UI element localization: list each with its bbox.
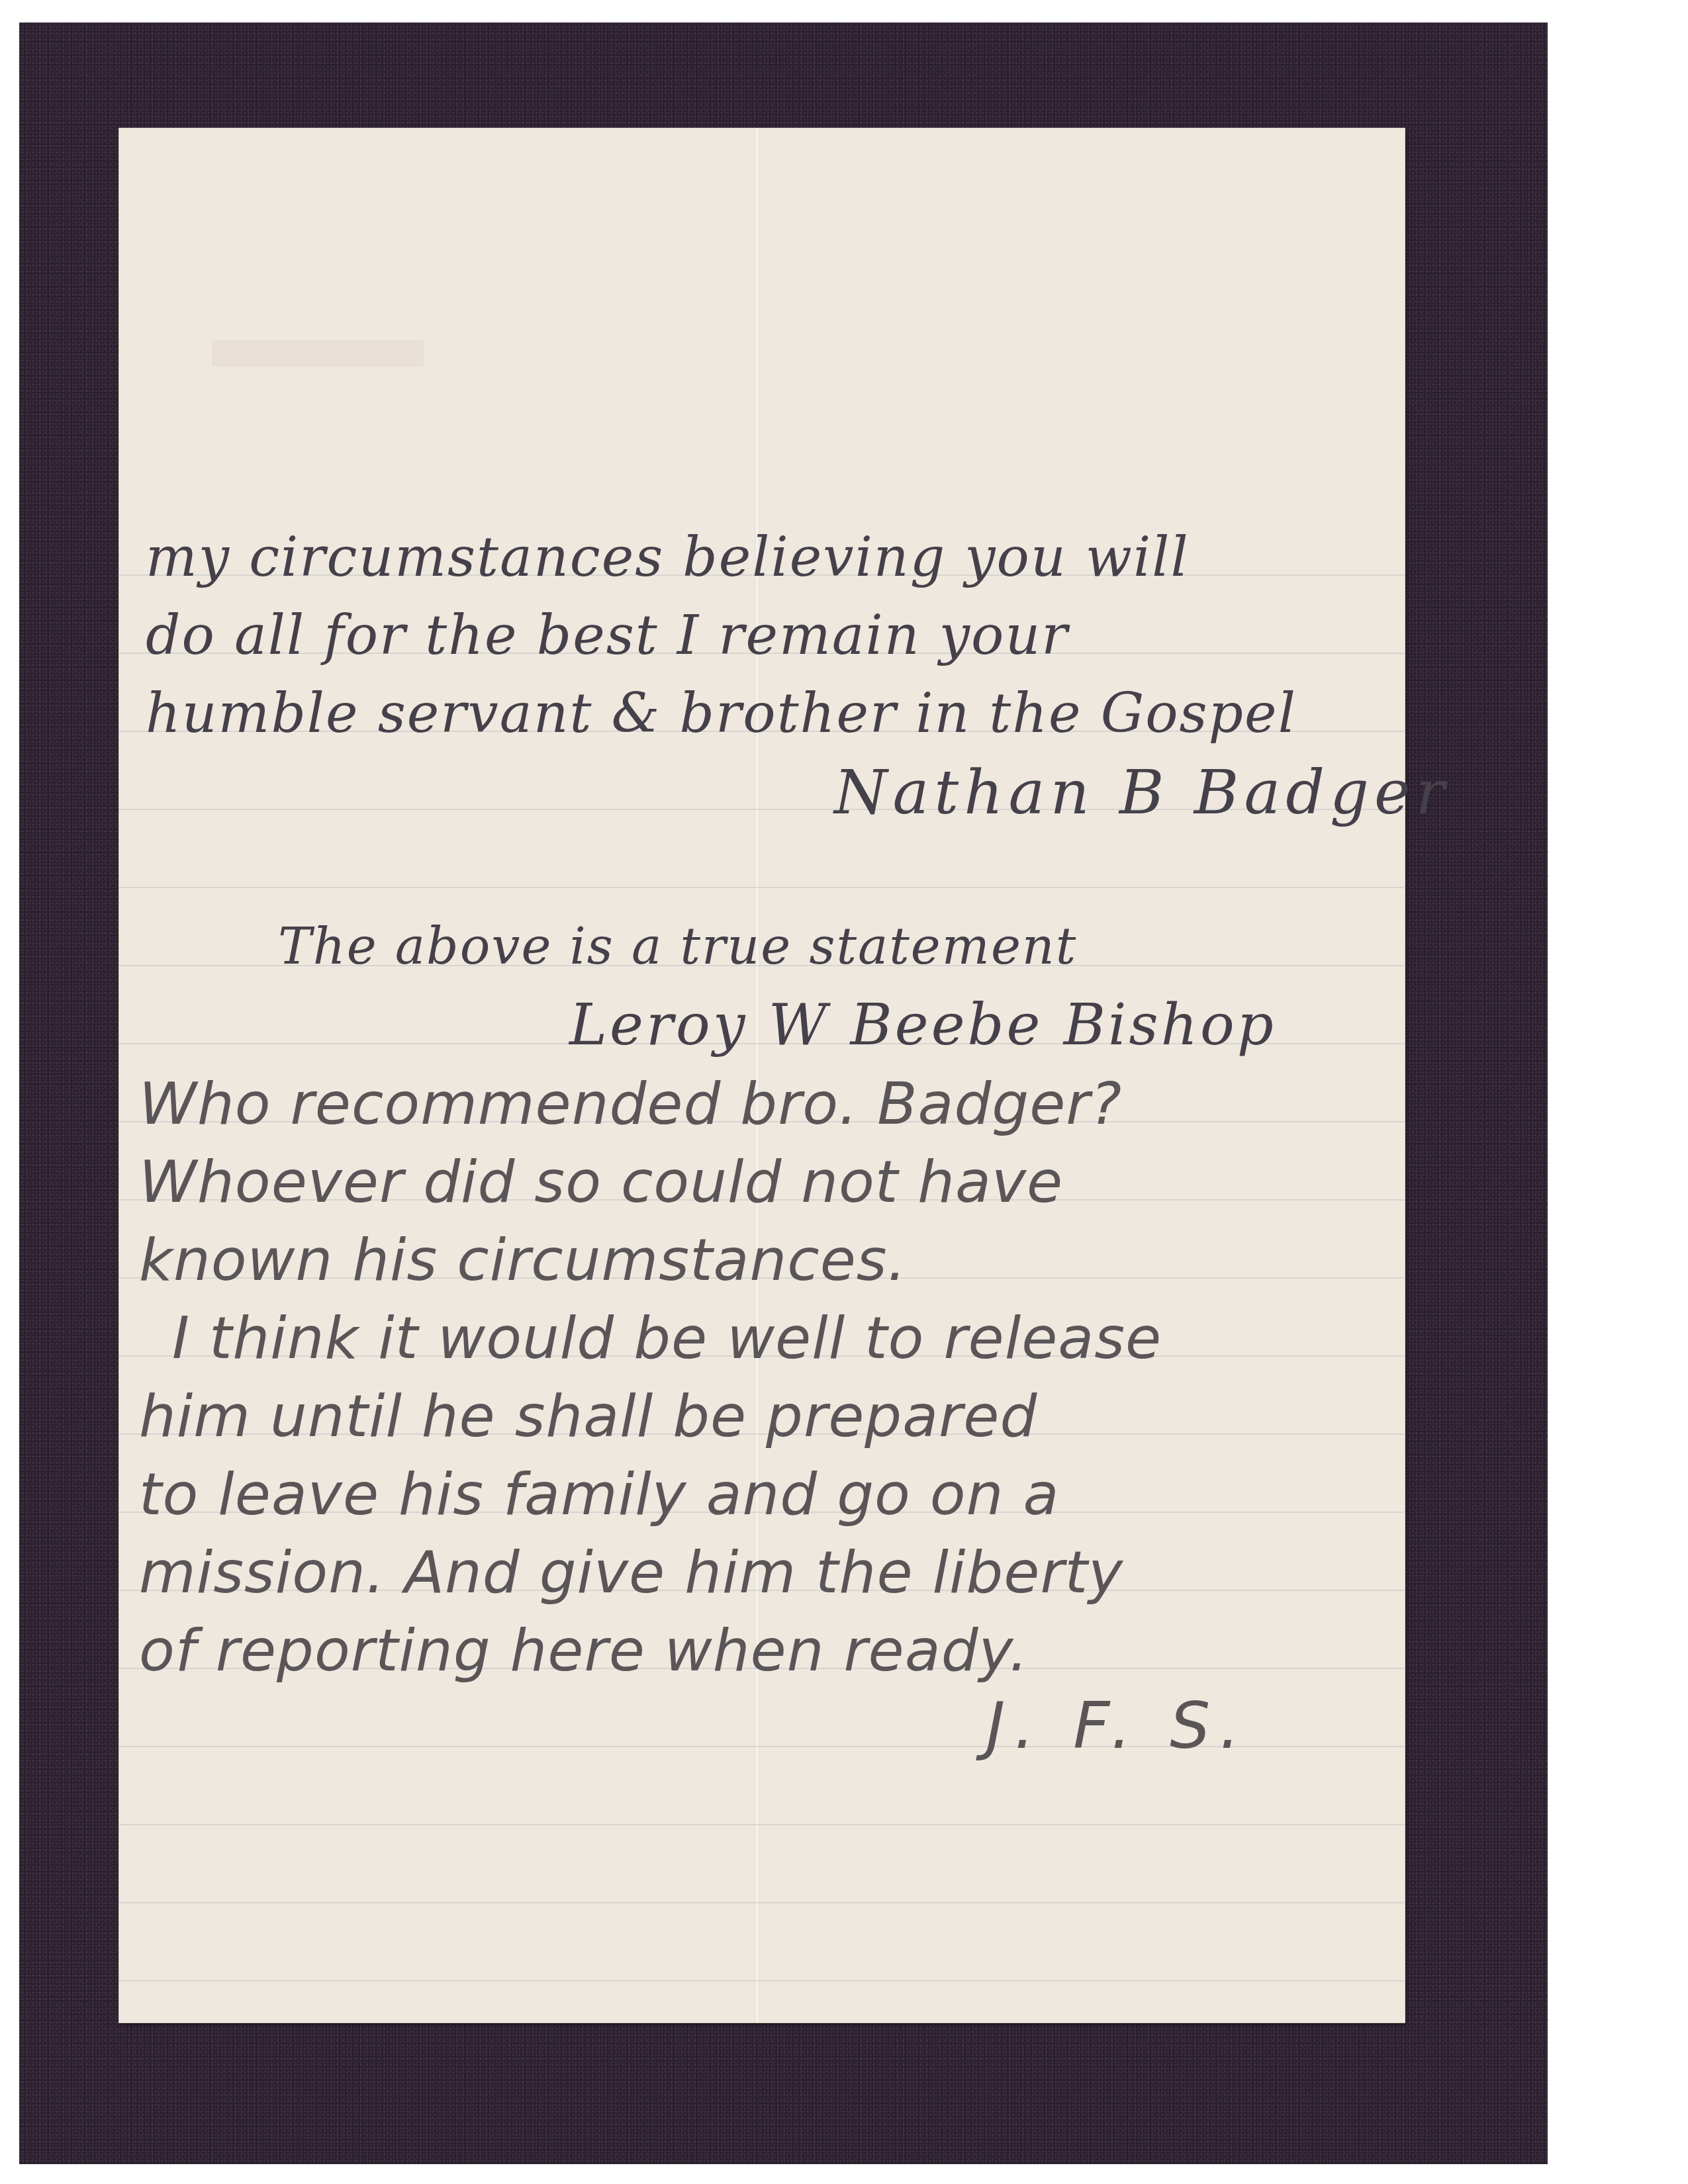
pencil-note-line: Whoever did so could not have — [139, 1153, 1063, 1211]
pencil-note-line: him until he shall be prepared — [139, 1387, 1037, 1445]
letter-page: my circumstances believing you will do a… — [119, 128, 1405, 2023]
ruled-line — [119, 1902, 1405, 1903]
attestation-statement: The above is a true statement — [278, 921, 1077, 972]
ruled-line — [119, 1980, 1405, 1981]
signature-nathan-badger: Nathan B Badger — [834, 762, 1450, 823]
letter-line: humble servant & brother in the Gospel — [146, 687, 1297, 741]
ruled-line — [119, 1824, 1405, 1825]
faint-embossed-stamp — [212, 340, 424, 367]
pencil-note-line: of reporting here when ready. — [139, 1621, 1029, 1680]
pencil-note-line: known his circumstances. — [139, 1231, 907, 1289]
letter-line: my circumstances believing you will — [146, 531, 1190, 585]
letter-line: do all for the best I remain your — [146, 609, 1068, 663]
initials-jfs: J. F. S. — [986, 1694, 1249, 1758]
pencil-note-line: mission. And give him the liberty — [139, 1543, 1123, 1602]
ruled-line — [119, 887, 1405, 888]
pencil-note-line: I think it would be well to release — [172, 1309, 1162, 1367]
pencil-note-line: to leave his family and go on a — [139, 1465, 1059, 1524]
pencil-note-line: Who recommended bro. Badger? — [139, 1075, 1122, 1133]
signature-leroy-beebe: Leroy W Beebe Bishop — [569, 997, 1276, 1054]
